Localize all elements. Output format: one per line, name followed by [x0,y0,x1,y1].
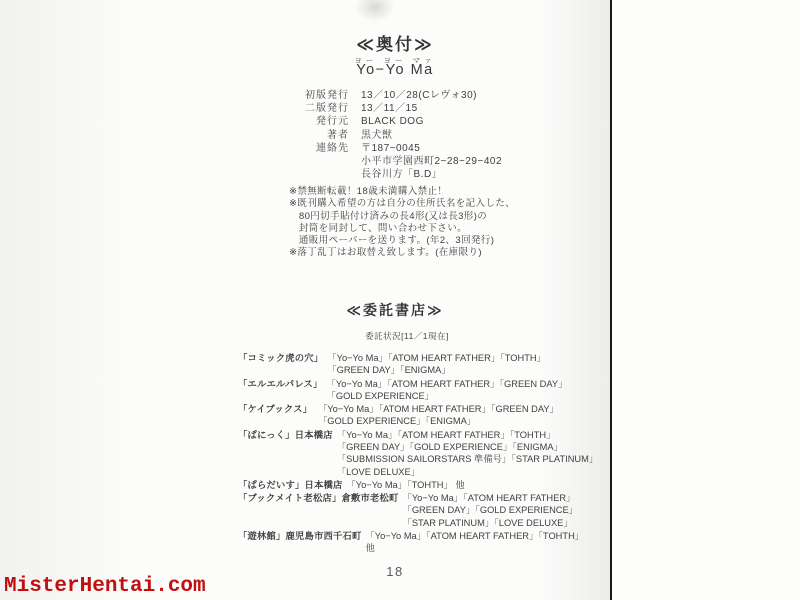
consignment-status: 委託状況[11／1現在] [12,330,800,342]
note-line: ※落丁乱丁はお取替え致します。(在庫限り) [289,247,515,259]
bookstore-entry: 「ブックメイト老松店」倉敷市老松町「Yo−Yo Ma」「ATOM HEART F… [238,492,608,529]
title-line: 「Yo−Yo Ma」「ATOM HEART FATHER」「TOHTH」 [337,429,598,441]
bookstore-entry: 「ぱにっく」日本橋店「Yo−Yo Ma」「ATOM HEART FATHER」「… [238,429,608,479]
scanned-page: ≪奥付≫ ヨー ヨー マァ Yo−Yo Ma 初版発行13／10／28(Cレヴォ… [0,0,800,600]
title-line: 「GOLD EXPERIENCE」「ENIGMA」 [318,415,559,427]
info-label: 二版発行 [303,102,349,115]
bookstore-titles: 「Yo−Yo Ma」「ATOM HEART FATHER」「TOHTH」「GRE… [337,429,598,479]
info-row: 著者黒犬獣 [303,129,502,142]
info-value: 13／10／28(Cレヴォ30) [361,89,477,102]
title-line: 「Yo−Yo Ma」「ATOM HEART FATHER」「GREEN DAY」 [327,378,568,390]
bookstore-entry: 「ぱらだいす」日本橋店「Yo−Yo Ma」「TOHTH」 他 [238,479,608,491]
info-row: 小平市学園西町2−28−29−402 [303,155,502,168]
bookstore-name: 「ぱらだいす」日本橋店 [238,479,346,491]
title-line: 「Yo−Yo Ma」「TOHTH」 他 [346,479,464,491]
bookstore-entry: 「エルエルパレス」「Yo−Yo Ma」「ATOM HEART FATHER」「G… [238,378,608,403]
info-label: 初版発行 [303,89,349,102]
bookstore-name: 「エルエルパレス」 [238,378,327,403]
bookstore-titles: 「Yo−Yo Ma」「ATOM HEART FATHER」「GREEN DAY」… [327,378,568,403]
bookstore-name: 「遊林館」鹿児島市西千石町 [238,530,365,555]
title-line: 他 [365,542,584,554]
publication-info: 初版発行13／10／28(Cレヴォ30)二版発行13／11／15発行元BLACK… [303,89,502,181]
bookstore-name: 「ケイブックス」 [238,403,318,428]
info-label: 著者 [303,129,349,142]
info-value: BLACK DOG [361,115,424,128]
title-line: 「Yo−Yo Ma」「ATOM HEART FATHER」「TOHTH」 [327,352,546,364]
bookstore-name: 「コミック虎の穴」 [238,352,327,377]
info-value: 小平市学園西町2−28−29−402 [361,155,502,168]
page-content: ≪奥付≫ ヨー ヨー マァ Yo−Yo Ma 初版発行13／10／28(Cレヴォ… [0,0,611,600]
info-value: 13／11／15 [361,102,418,115]
title-line: 「Yo−Yo Ma」「ATOM HEART FATHER」「TOHTH」 [365,530,584,542]
note-line: 通販用ペーパーを送ります。(年2、3回発行) [289,235,515,247]
bookstore-titles: 「Yo−Yo Ma」「ATOM HEART FATHER」「GREEN DAY」… [318,403,559,428]
info-row: 連絡先〒187−0045 [303,142,502,155]
bookstore-titles: 「Yo−Yo Ma」「ATOM HEART FATHER」「TOHTH」「GRE… [327,352,546,377]
info-value: 〒187−0045 [361,142,420,155]
bookstore-list: 「コミック虎の穴」「Yo−Yo Ma」「ATOM HEART FATHER」「T… [238,352,608,555]
note-line: ※既刊購入希望の方は自分の住所氏名を記入した、 [289,198,515,210]
note-line: ※禁無断転載！18歳未満購入禁止！ [289,186,515,198]
info-row: 二版発行13／11／15 [303,102,502,115]
bookstores-heading: ≪委託書店≫ [0,300,790,320]
purchase-notes: ※禁無断転載！18歳未満購入禁止！※既刊購入希望の方は自分の住所氏名を記入した、… [289,186,515,260]
bookstore-name: 「ぱにっく」日本橋店 [238,429,337,479]
info-label: 発行元 [303,115,349,128]
bookstore-entry: 「ケイブックス」「Yo−Yo Ma」「ATOM HEART FATHER」「GR… [238,403,608,428]
bookstore-titles: 「Yo−Yo Ma」「ATOM HEART FATHER」「TOHTH」他 [365,530,584,555]
info-label: 連絡先 [303,142,349,155]
watermark: MisterHentai.com [4,575,206,598]
bookstore-titles: 「Yo−Yo Ma」「TOHTH」 他 [346,479,464,491]
title-line: 「STAR PLATINUM」「LOVE DELUXE」 [403,517,578,529]
info-label [303,155,349,168]
title-line: 「Yo−Yo Ma」「ATOM HEART FATHER」「GREEN DAY」 [318,403,559,415]
info-label [303,168,349,181]
title-line: 「GOLD EXPERIENCE」 [327,390,568,402]
title-line: 「LOVE DELUXE」 [337,466,598,478]
title-line: 「GREEN DAY」「ENIGMA」 [327,364,546,376]
title-line: 「GREEN DAY」「GOLD EXPERIENCE」 [403,504,578,516]
bookstore-entry: 「コミック虎の穴」「Yo−Yo Ma」「ATOM HEART FATHER」「T… [238,352,608,377]
title-line: 「SUBMISSION SAILORSTARS 準備号」「STAR PLATIN… [337,453,598,465]
bookstore-entry: 「遊林館」鹿児島市西千石町「Yo−Yo Ma」「ATOM HEART FATHE… [238,530,608,555]
info-value: 長谷川方「B.D」 [361,168,442,181]
title-line: 「GREEN DAY」「GOLD EXPERIENCE」「ENIGMA」 [337,441,598,453]
doujin-title: Yo−Yo Ma [0,62,790,78]
info-row: 発行元BLACK DOG [303,115,502,128]
title-line: 「Yo−Yo Ma」「ATOM HEART FATHER」 [403,492,578,504]
info-value: 黒犬獣 [361,129,393,142]
note-line: 80円切手貼付け済みの長4形(又は長3形)の [289,211,515,223]
info-row: 長谷川方「B.D」 [303,168,502,181]
bookstore-titles: 「Yo−Yo Ma」「ATOM HEART FATHER」「GREEN DAY」… [403,492,578,529]
info-row: 初版発行13／10／28(Cレヴォ30) [303,89,502,102]
colophon-heading: ≪奥付≫ [0,30,790,55]
note-line: 封筒を同封して、問い合わせ下さい。 [289,223,515,235]
bookstore-name: 「ブックメイト老松店」倉敷市老松町 [238,492,403,529]
